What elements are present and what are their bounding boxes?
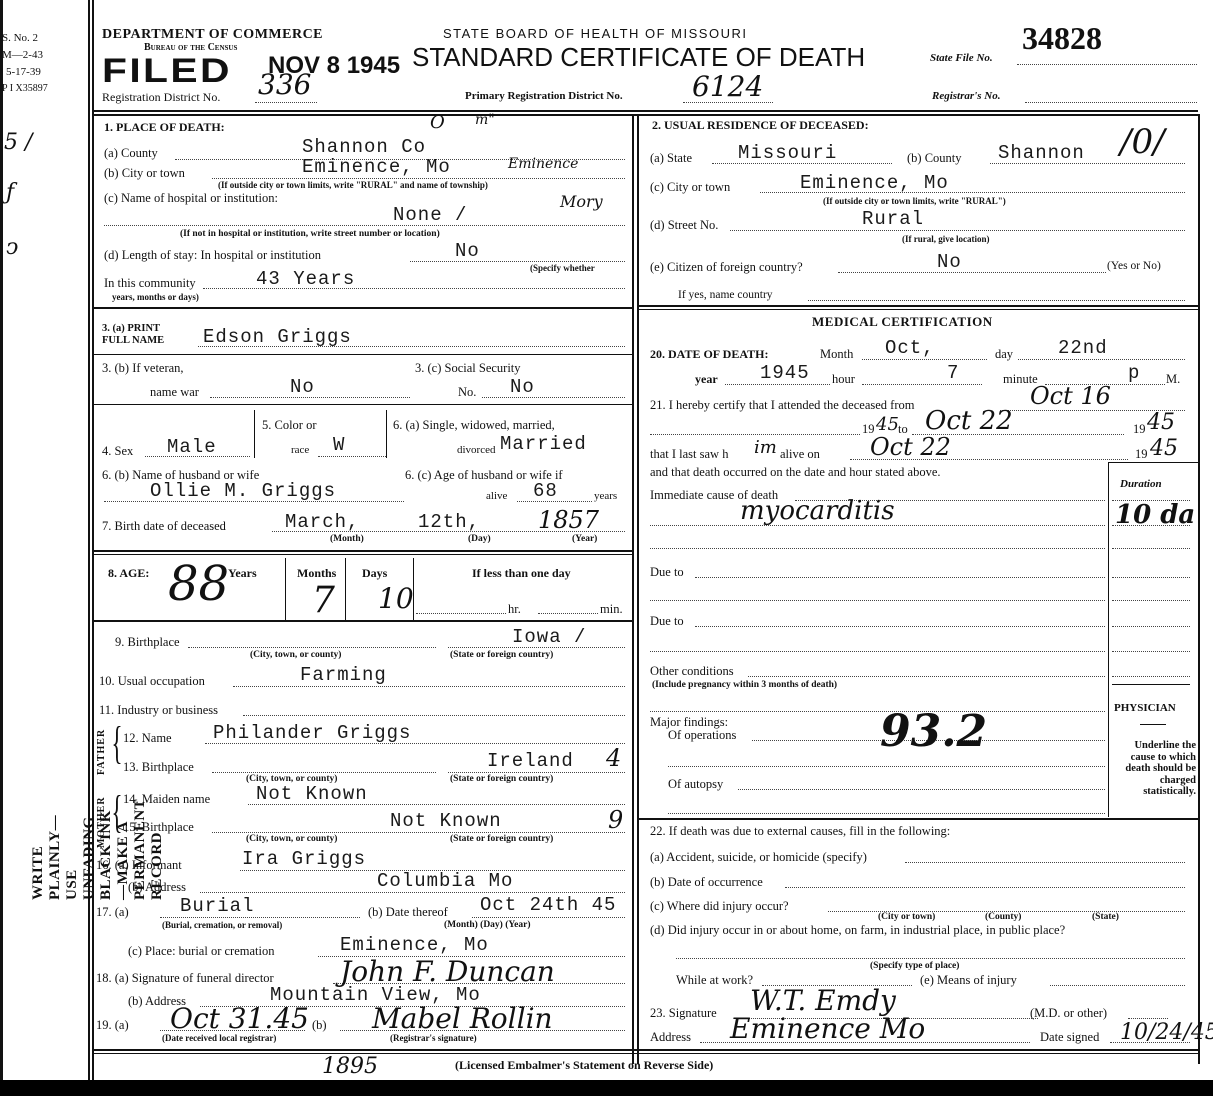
last-saw-value: Oct 22 bbox=[870, 433, 951, 461]
occupation-label: 10. Usual occupation bbox=[99, 674, 205, 689]
external-c-label: (c) Where did injury occur? bbox=[650, 899, 789, 914]
residence-city-note: (If outside city or town limits, write "… bbox=[823, 196, 1006, 206]
divider bbox=[94, 554, 632, 555]
margin-hand-mark-2: ƒ bbox=[6, 180, 14, 205]
residence-heading: 2. USUAL RESIDENCE OF DECEASED: bbox=[652, 118, 869, 133]
mother-birthplace-value: Not Known bbox=[390, 810, 502, 832]
father-birthplace-value: Ireland bbox=[487, 750, 574, 772]
registrar-signature: Mabel Rollin bbox=[372, 1002, 553, 1035]
signature-label: 23. Signature bbox=[650, 1006, 717, 1021]
scan-edge bbox=[0, 1080, 1213, 1096]
underline-note: Underline the cause to which death shoul… bbox=[1110, 740, 1196, 798]
autopsy-label: Of autopsy bbox=[668, 777, 723, 792]
mother-name-label: 14. Maiden name bbox=[123, 792, 210, 807]
father-state-note: (State or foreign country) bbox=[450, 774, 553, 784]
mother-code: 9 bbox=[608, 806, 623, 834]
street-value: Rural bbox=[862, 208, 924, 230]
mother-name-value: Not Known bbox=[256, 783, 368, 805]
birthplace-state-note: (State or foreign country) bbox=[450, 650, 553, 660]
birthplace-label: 9. Birthplace bbox=[115, 635, 180, 650]
md-label: (M.D. or other) bbox=[1030, 1006, 1107, 1021]
birthplace-value: Iowa / bbox=[512, 626, 586, 648]
divider bbox=[94, 354, 632, 355]
cause-value: myocarditis bbox=[740, 496, 895, 526]
birth-month-note: (Month) bbox=[330, 534, 364, 544]
divider bbox=[94, 550, 632, 552]
full-name-label-2: FULL NAME bbox=[102, 335, 164, 346]
spouse-value: Ollie M. Griggs bbox=[150, 480, 336, 502]
min-label: min. bbox=[600, 602, 623, 617]
other-conditions-label: Other conditions bbox=[650, 664, 734, 679]
divider bbox=[1198, 114, 1200, 1064]
state-board-label: STATE BOARD OF HEALTH OF MISSOURI bbox=[443, 26, 747, 41]
birth-day-note: (Day) bbox=[468, 534, 491, 544]
birth-date-label: 7. Birth date of deceased bbox=[102, 519, 226, 534]
registrar-no-label: Registrar's No. bbox=[932, 90, 1000, 102]
reg-district-number: 336 bbox=[258, 68, 311, 101]
country-label: If yes, name country bbox=[678, 289, 773, 301]
birth-month-value: March, bbox=[285, 511, 359, 533]
medical-heading: MEDICAL CERTIFICATION bbox=[812, 314, 993, 330]
operations-label: Of operations bbox=[668, 728, 736, 743]
spouse-age-value: 68 bbox=[533, 480, 558, 502]
certify-label: 21. I hereby certify that I attended the… bbox=[650, 398, 914, 413]
burial-date-note: (Month) (Day) (Year) bbox=[444, 920, 531, 930]
duration-label: Duration bbox=[1120, 478, 1162, 490]
residence-state-label: (a) State bbox=[650, 151, 692, 166]
father-name-label: 12. Name bbox=[123, 731, 172, 746]
birth-year-value: 1857 bbox=[538, 506, 599, 534]
color-label-1: 5. Color or bbox=[262, 418, 317, 433]
birth-day-value: 12th, bbox=[418, 511, 480, 533]
mother-side-label: MOTHER bbox=[96, 796, 107, 848]
hr-label: hr. bbox=[508, 602, 521, 617]
citizen-value: No bbox=[937, 251, 962, 273]
attended-to-value: Oct 22 bbox=[925, 406, 1013, 436]
divider bbox=[254, 410, 255, 458]
county-value: Shannon Co bbox=[302, 136, 426, 158]
certificate-title: STANDARD CERTIFICATE OF DEATH bbox=[412, 42, 865, 73]
divider bbox=[94, 114, 1198, 116]
burial-method-label: 17. (a) bbox=[96, 905, 129, 920]
community-label: In this community bbox=[104, 276, 196, 291]
date-of-death-label: 20. DATE OF DEATH: bbox=[650, 347, 768, 362]
divider bbox=[345, 558, 346, 620]
form-code-3: 5-17-39 bbox=[6, 66, 41, 78]
death-month-label: Month bbox=[820, 347, 853, 362]
signature-address-label: Address bbox=[650, 1030, 691, 1045]
county-label: (a) County bbox=[104, 146, 158, 161]
death-hour-label: hour bbox=[832, 372, 855, 387]
burial-place-value: Eminence, Mo bbox=[340, 934, 489, 956]
date-signed-label: Date signed bbox=[1040, 1030, 1099, 1045]
informant-address-value: Columbia Mo bbox=[377, 870, 513, 892]
residence-city-label: (c) City or town bbox=[650, 180, 730, 195]
age-label: 8. AGE: bbox=[108, 566, 149, 581]
divider bbox=[1140, 724, 1166, 725]
stay-label: (d) Length of stay: In hospital or insti… bbox=[104, 248, 321, 263]
attended-to-year: 45 bbox=[1147, 410, 1175, 435]
father-code: 4 bbox=[606, 744, 621, 772]
hospital-label: (c) Name of hospital or institution: bbox=[104, 191, 278, 206]
informant-address-label: (b) Address bbox=[128, 880, 186, 895]
funeral-director-label: 18. (a) Signature of funeral director bbox=[96, 971, 274, 986]
divider bbox=[94, 404, 632, 405]
means-of-injury-label: (e) Means of injury bbox=[920, 973, 1017, 988]
divider bbox=[639, 309, 1198, 310]
margin-hand-mark-1: 5 / bbox=[4, 130, 32, 155]
residence-city-value: Eminence, Mo bbox=[800, 172, 949, 194]
father-birthplace-label: 13. Birthplace bbox=[123, 760, 194, 775]
city-value: Eminence, Mo bbox=[302, 156, 451, 178]
birthplace-city-note: (City, town, or county) bbox=[250, 650, 341, 660]
age-months-value: 7 bbox=[312, 580, 335, 621]
margin-left-edge bbox=[0, 0, 3, 1080]
hospital-note: (If not in hospital or institution, writ… bbox=[180, 229, 440, 239]
hand-mark: Mory bbox=[560, 192, 603, 211]
place-of-death-heading: 1. PLACE OF DEATH: bbox=[104, 120, 225, 135]
form-code-1: S. No. 2 bbox=[2, 32, 38, 44]
death-year-value: 1945 bbox=[760, 362, 810, 384]
sex-label: 4. Sex bbox=[102, 444, 133, 459]
city-note: (If outside city or town limits, write "… bbox=[218, 180, 488, 190]
divider bbox=[94, 1049, 1198, 1051]
color-label-2: race bbox=[291, 444, 309, 456]
divider bbox=[94, 307, 632, 309]
ss-value: No bbox=[510, 376, 535, 398]
death-hour-value: 7 bbox=[947, 362, 959, 384]
death-day-value: 22nd bbox=[1058, 337, 1108, 359]
hand-mark: m" bbox=[475, 112, 495, 128]
informant-value: Ira Griggs bbox=[242, 848, 366, 870]
burial-place-label: (c) Place: burial or cremation bbox=[128, 944, 274, 959]
death-month-value: Oct, bbox=[885, 337, 935, 359]
father-name-value: Philander Griggs bbox=[213, 722, 411, 744]
due-to-1-label: Due to bbox=[650, 565, 684, 580]
divider bbox=[1108, 462, 1198, 463]
last-saw-label-1: that I last saw h bbox=[650, 447, 728, 462]
mother-birthplace-label: 15. Birthplace bbox=[123, 820, 194, 835]
year-prefix-3: 19 bbox=[1135, 447, 1148, 462]
divider bbox=[639, 305, 1198, 307]
filed-stamp: FILED bbox=[102, 52, 232, 91]
ss-label-1: 3. (c) Social Security bbox=[415, 361, 521, 376]
sex-value: Male bbox=[167, 436, 217, 458]
age-months-label: Months bbox=[297, 566, 336, 581]
community-value: 43 Years bbox=[256, 268, 355, 290]
burial-date-label: (b) Date thereof bbox=[368, 905, 448, 920]
duration-value: 10 da bbox=[1115, 500, 1195, 530]
ss-label-2: No. bbox=[458, 385, 476, 400]
signature-address-value: Eminence Mo bbox=[730, 1012, 925, 1045]
specify-note: (Specify whether bbox=[530, 263, 595, 273]
divider bbox=[94, 110, 1198, 112]
state-file-number: 34828 bbox=[1022, 20, 1102, 57]
registrar-date-label: 19. (a) bbox=[96, 1018, 129, 1033]
age-days-label: Days bbox=[362, 566, 387, 581]
divider bbox=[1108, 462, 1109, 817]
burial-method-note: (Burial, cremation, or removal) bbox=[162, 920, 282, 930]
primary-reg-number: 6124 bbox=[692, 70, 763, 103]
m-label: M. bbox=[1166, 372, 1180, 387]
external-county-note: (County) bbox=[985, 912, 1021, 922]
marital-label-2: divorced bbox=[457, 444, 495, 456]
mother-city-note: (City, town, or county) bbox=[246, 834, 337, 844]
physician-label: PHYSICIAN bbox=[1114, 702, 1176, 714]
color-value: W bbox=[333, 434, 345, 456]
embalmer-note: (Licensed Embalmer's Statement on Revers… bbox=[455, 1058, 713, 1073]
attended-from-value: Oct 16 bbox=[1030, 382, 1111, 410]
divider bbox=[92, 0, 94, 1080]
death-day-label: day bbox=[995, 347, 1013, 362]
divider bbox=[94, 620, 632, 622]
registrar-date-note: (Date received local registrar) bbox=[162, 1033, 276, 1043]
external-heading: 22. If death was due to external causes,… bbox=[650, 824, 950, 839]
state-file-label: State File No. bbox=[930, 52, 993, 64]
stay-hospital-value: No bbox=[455, 240, 480, 262]
divider bbox=[88, 0, 90, 1080]
last-saw-year: 45 bbox=[1150, 436, 1178, 461]
mother-state-note: (State or foreign country) bbox=[450, 834, 553, 844]
registrar-b-label: (b) bbox=[312, 1018, 327, 1033]
citizen-label: (e) Citizen of foreign country? bbox=[650, 260, 803, 275]
burial-method-value: Burial bbox=[180, 895, 254, 917]
external-d-note: (Specify type of place) bbox=[870, 961, 959, 971]
date-signed-value: 10/24/45 bbox=[1120, 1020, 1213, 1045]
external-city-note: (City or town) bbox=[878, 912, 935, 922]
registrar-sig-note: (Registrar's signature) bbox=[390, 1033, 477, 1043]
residence-code: /0/ bbox=[1120, 122, 1165, 162]
death-year-label: year bbox=[695, 372, 718, 387]
spouse-age-label-2: alive bbox=[486, 490, 507, 502]
residence-state-value: Missouri bbox=[738, 142, 837, 164]
age-years-label: Years bbox=[228, 566, 257, 581]
less-than-day-label: If less than one day bbox=[472, 566, 571, 581]
birth-year-note: (Year) bbox=[572, 534, 597, 544]
divider bbox=[639, 818, 1198, 820]
street-note: (If rural, give location) bbox=[902, 234, 989, 244]
form-code-4: P I X35897 bbox=[2, 83, 48, 94]
citizen-note: (Yes or No) bbox=[1107, 260, 1161, 272]
occurred-label: and that death occurred on the date and … bbox=[650, 465, 941, 480]
residence-county-value: Shannon bbox=[998, 142, 1085, 164]
attended-from-year: 45 bbox=[876, 414, 899, 435]
while-at-work-label: While at work? bbox=[676, 973, 753, 988]
primary-reg-label: Primary Registration District No. bbox=[465, 90, 623, 102]
spouse-age-unit: years bbox=[594, 490, 617, 502]
bottom-hand-note: 1895 bbox=[322, 1054, 378, 1079]
full-name-label-1: 3. (a) PRINT bbox=[102, 323, 160, 334]
divider bbox=[632, 114, 634, 1064]
marital-label-1: 6. (a) Single, widowed, married, bbox=[393, 418, 555, 433]
divider bbox=[413, 558, 414, 620]
community-note: years, months or days) bbox=[112, 292, 199, 302]
margin-hand-mark-3: ↄ bbox=[6, 235, 18, 260]
divider bbox=[94, 1053, 1198, 1054]
statistical-code: 93.2 bbox=[880, 706, 987, 757]
city-label: (b) City or town bbox=[104, 166, 185, 181]
street-label: (d) Street No. bbox=[650, 218, 718, 233]
divider bbox=[285, 558, 286, 620]
divider bbox=[637, 114, 639, 1064]
external-d-label: (d) Did injury occur in or about home, o… bbox=[650, 923, 1065, 938]
marital-value: Married bbox=[500, 433, 587, 455]
residence-county-label: (b) County bbox=[907, 151, 962, 166]
year-prefix-2: 19 bbox=[1133, 422, 1146, 437]
reg-district-label: Registration District No. bbox=[102, 90, 220, 105]
veteran-value: No bbox=[290, 376, 315, 398]
veteran-label-2: name war bbox=[150, 385, 199, 400]
last-saw-label-2: alive on bbox=[780, 447, 820, 462]
hand-mark: O bbox=[430, 112, 445, 133]
father-side-label: FATHER bbox=[96, 729, 107, 775]
external-a-label: (a) Accident, suicide, or homicide (spec… bbox=[650, 850, 867, 865]
other-conditions-note: (Include pregnancy within 3 months of de… bbox=[652, 680, 837, 690]
form-code-2: M—2-43 bbox=[2, 49, 43, 61]
informant-label: 16. (a) Informant bbox=[96, 858, 182, 873]
age-years-value: 88 bbox=[168, 556, 229, 612]
father-brace: { bbox=[112, 716, 123, 769]
hospital-value: None / bbox=[393, 204, 467, 226]
external-state-note: (State) bbox=[1092, 912, 1119, 922]
death-minute-value: p bbox=[1128, 362, 1140, 384]
due-to-2-label: Due to bbox=[650, 614, 684, 629]
divider bbox=[386, 410, 387, 458]
dept-label: DEPARTMENT OF COMMERCE bbox=[102, 27, 323, 43]
divider bbox=[1112, 684, 1190, 685]
occupation-value: Farming bbox=[300, 664, 387, 686]
external-b-label: (b) Date of occurrence bbox=[650, 875, 763, 890]
registrar-date-value: Oct 31.45 bbox=[170, 1002, 309, 1035]
veteran-label-1: 3. (b) If veteran, bbox=[102, 361, 184, 376]
left-margin: S. No. 2 M—2-43 5-17-39 P I X35897 5 / ƒ… bbox=[0, 0, 92, 1096]
last-saw-pronoun: im bbox=[754, 437, 777, 458]
full-name-value: Edson Griggs bbox=[203, 326, 352, 348]
hand-mark: Eminence bbox=[508, 156, 578, 172]
age-days-value: 10 bbox=[378, 582, 414, 615]
burial-date-value: Oct 24th 45 bbox=[480, 894, 616, 916]
mother-brace: { bbox=[112, 785, 123, 838]
